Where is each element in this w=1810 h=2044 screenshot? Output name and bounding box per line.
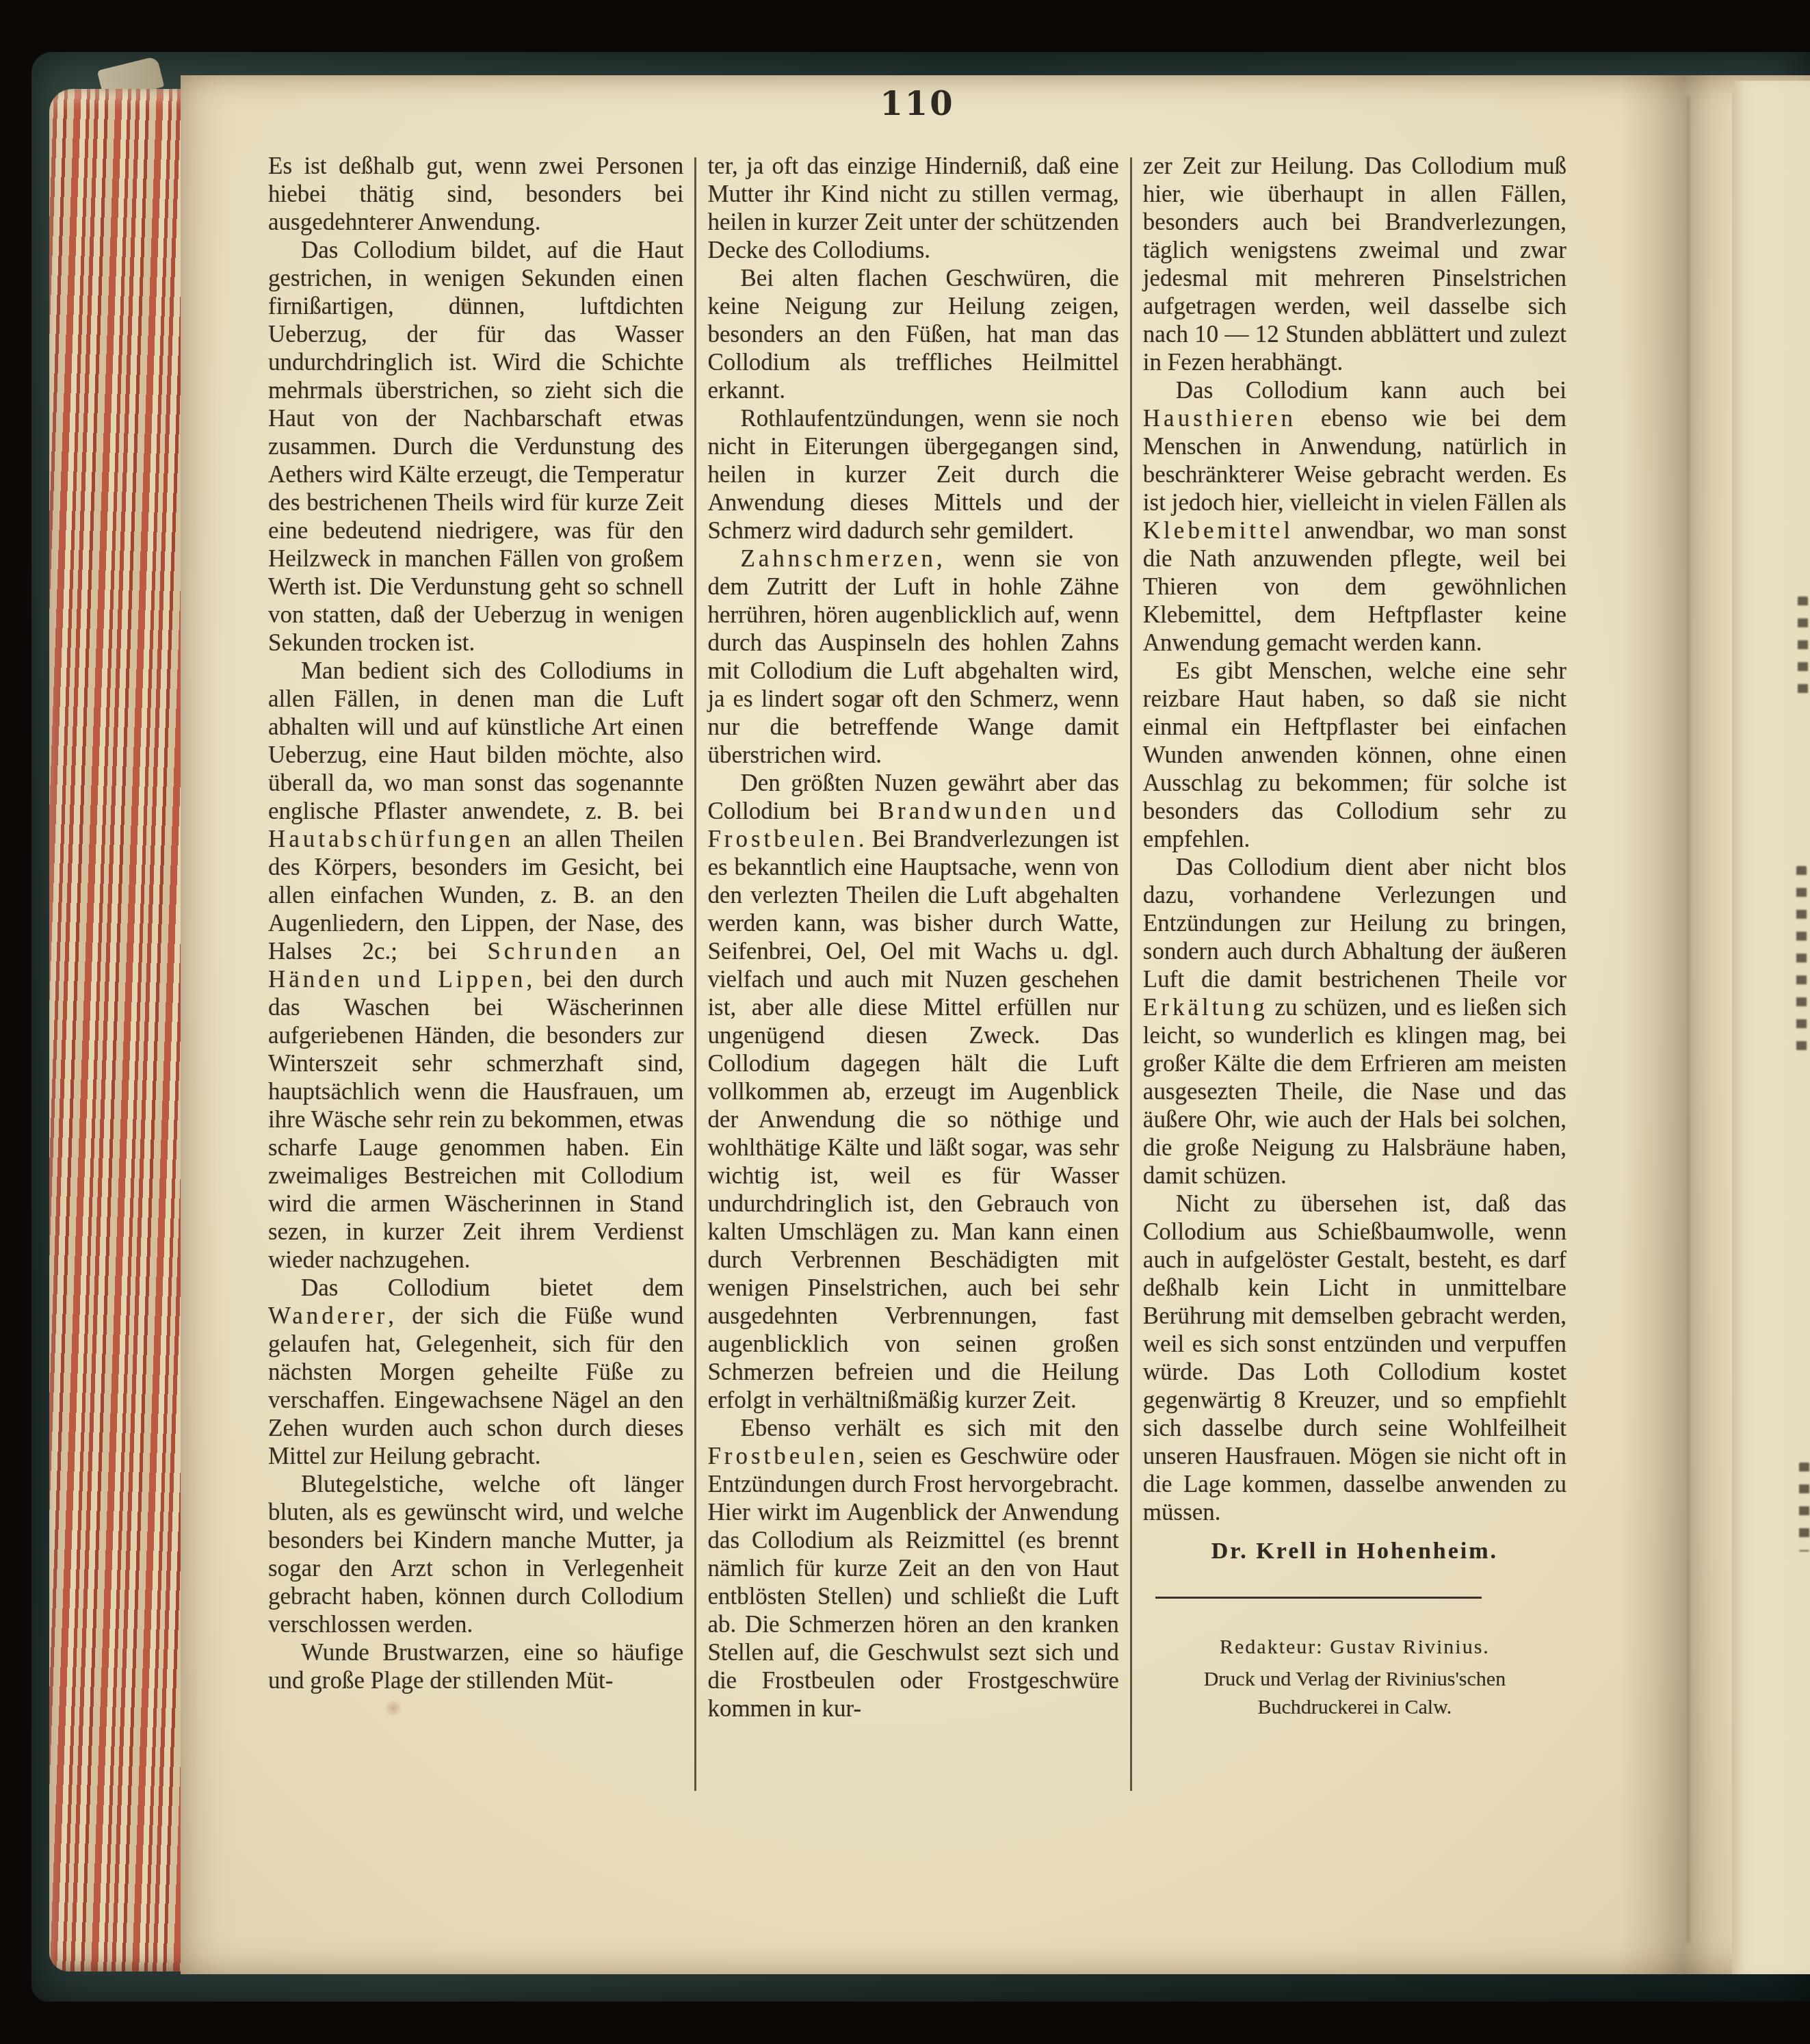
paragraph: Blutegelstiche, welche oft länger bluten… — [268, 1470, 683, 1638]
paragraph: Wunde Brustwarzen, eine so häufige und g… — [268, 1638, 683, 1694]
letter-spaced-word: Wanderer — [268, 1302, 388, 1329]
letter-spaced-word: Erkältung — [1143, 994, 1268, 1021]
paragraph: Nicht zu übersehen ist, daß das Collodiu… — [1143, 1190, 1566, 1526]
paragraph: Den größten Nuzen gewährt aber das Collo… — [707, 769, 1118, 1414]
facing-page-text-fragment — [1796, 866, 1807, 1051]
imprint-line: Redakteur: Gustav Rivinius. — [1143, 1633, 1566, 1661]
letter-spaced-word: Klebemittel — [1143, 517, 1294, 544]
imprint: Redakteur: Gustav Rivinius.Druck und Ver… — [1143, 1633, 1566, 1721]
imprint-line: Druck und Verlag der Rivinius'schen Buch… — [1143, 1665, 1566, 1721]
letter-spaced-word: Zahnschmerzen — [740, 545, 936, 572]
paragraph: zer Zeit zur Heilung. Das Collodium muß … — [1143, 152, 1566, 376]
paragraph: Man bedient sich des Collodiums in allen… — [268, 657, 683, 1274]
text-columns: Es ist deßhalb gut, wenn zwei Personen h… — [268, 152, 1566, 1791]
imprint-divider-rule — [1155, 1597, 1482, 1599]
letter-spaced-word: Brandwunden und Frostbeulen — [707, 798, 1118, 852]
column-divider-1 — [694, 157, 696, 1791]
author-signature: Dr. Krell in Hohenheim. — [1143, 1537, 1566, 1565]
column-1: Es ist deßhalb gut, wenn zwei Personen h… — [268, 152, 683, 1694]
paragraph: Das Collodium bildet, auf die Haut gestr… — [268, 236, 683, 657]
paragraph: Das Collodium kann auch bei Hausthieren … — [1143, 376, 1566, 657]
paragraph: Zahnschmerzen, wenn sie von dem Zutritt … — [707, 545, 1118, 769]
column-3-paragraphs: zer Zeit zur Heilung. Das Collodium muß … — [1143, 152, 1566, 1526]
gutter-shadow — [1620, 75, 1736, 1974]
column-divider-2 — [1130, 157, 1132, 1791]
paragraph: ter, ja oft das einzige Hinderniß, daß e… — [707, 152, 1118, 264]
facing-page-text-fragment — [1798, 597, 1808, 699]
facing-page-text-fragment — [1799, 1463, 1809, 1551]
letter-spaced-word: Hausthieren — [1143, 405, 1296, 432]
letter-spaced-word: Schrunden an Händen und Lippen — [268, 938, 683, 993]
paragraph: Das Collodium bietet dem Wanderer, der s… — [268, 1274, 683, 1470]
paragraph: Bei alten flachen Geschwüren, die keine … — [707, 264, 1118, 404]
paragraph: Rothlaufentzündungen, wenn sie noch nich… — [707, 404, 1118, 545]
letter-spaced-word: Hautabschürfungen — [268, 826, 514, 852]
column-2: ter, ja oft das einzige Hinderniß, daß e… — [707, 152, 1118, 1722]
page-fold-line — [1687, 96, 1690, 1943]
paragraph: Ebenso verhält es sich mit den Frostbeul… — [707, 1414, 1118, 1722]
paragraph: Das Collodium dient aber nicht blos dazu… — [1143, 853, 1566, 1190]
paragraph: Es gibt Menschen, welche eine sehr reizb… — [1143, 657, 1566, 853]
page-number: 110 — [268, 85, 1566, 123]
book-scan-background: { "page": { "page_number": "110", "colum… — [0, 0, 1810, 2044]
column-3: zer Zeit zur Heilung. Das Collodium muß … — [1143, 152, 1566, 1721]
letter-spaced-word: Frostbeulen — [707, 1443, 858, 1469]
paragraph: Es ist deßhalb gut, wenn zwei Personen h… — [268, 152, 683, 236]
